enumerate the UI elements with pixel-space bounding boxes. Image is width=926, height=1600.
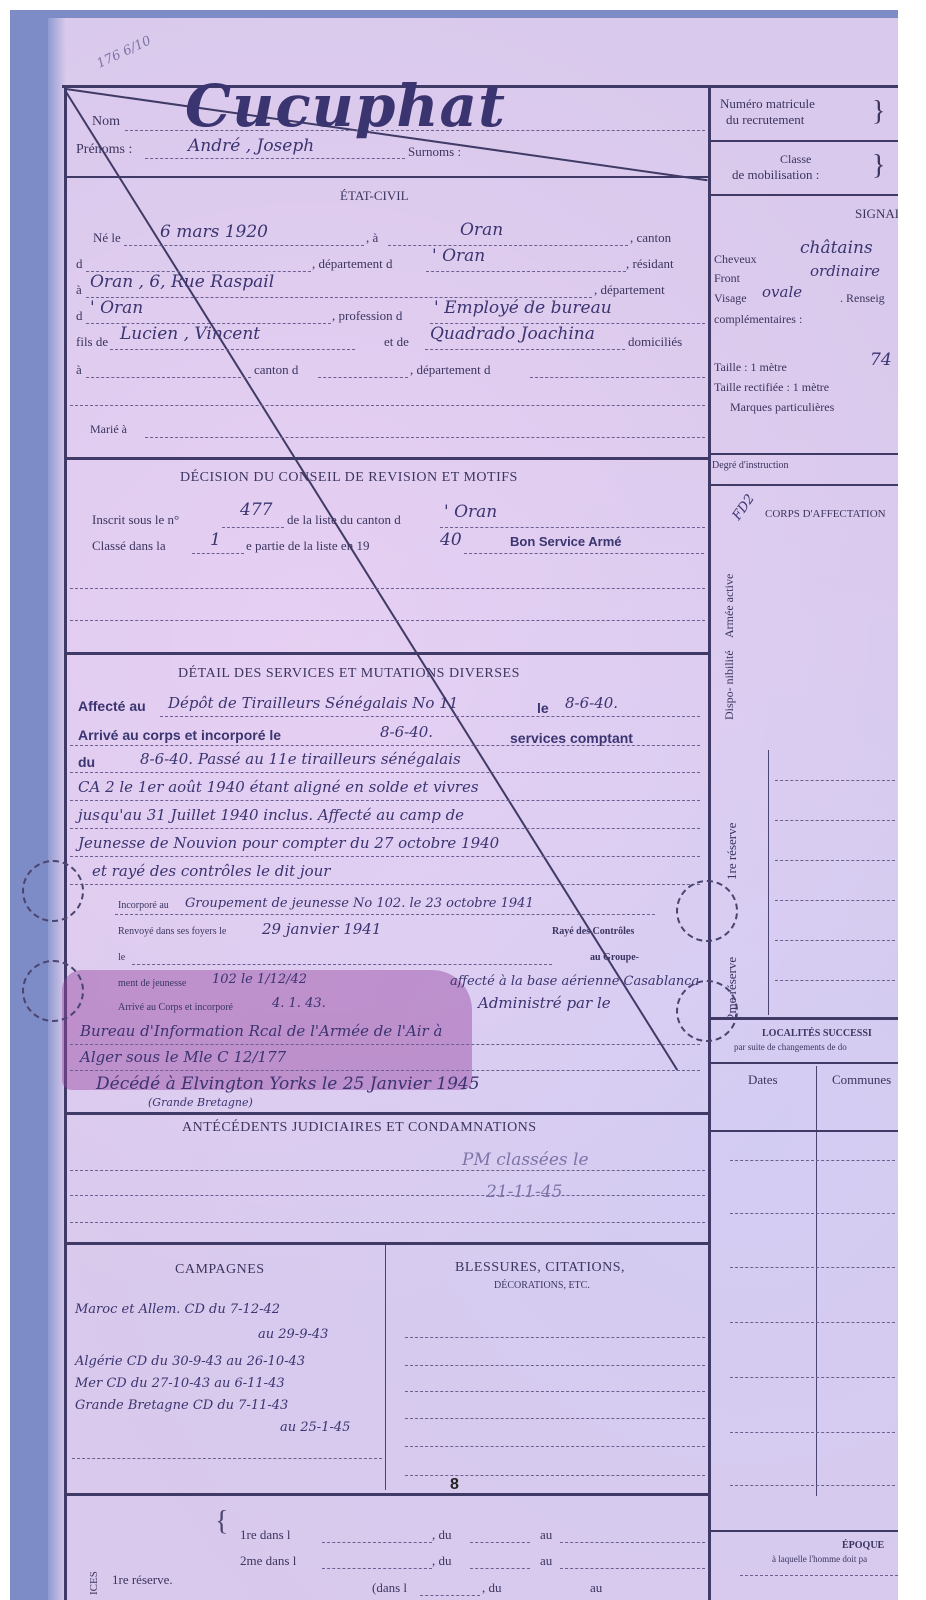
nom-value: Cucuphat [185,72,506,140]
corps-title: CORPS D'AFFECTATION [765,508,886,520]
arrive-value: 4. 1. 43. [272,996,326,1011]
le-label: le [118,952,125,963]
service-rule-6 [70,856,700,857]
blank-line [70,405,705,406]
campagnes-title: CAMPAGNES [175,1262,265,1278]
deces-sub: (Grande Bretagne) [148,1096,253,1109]
alger-rule [70,1070,700,1071]
classe-mob-label-2: de mobilisation : [732,167,819,183]
line2-rule [322,1568,432,1569]
epoque-title: ÉPOQUE [842,1540,884,1551]
reserve-rule-5 [775,940,895,941]
inscrit-label: Inscrit sous le n° [92,512,179,528]
a2-line [86,377,251,378]
service-line-2-stamp2: services comptant [510,730,633,746]
partie-label: e partie de la liste en 19 [246,538,369,554]
blessures-rule-2 [405,1365,705,1366]
visage-value: ovale [762,283,802,301]
line2-au-rule [560,1568,705,1569]
a2-label: à [76,362,82,378]
ne-le-label: Né le [93,230,121,246]
campagnes-rule [72,1458,382,1459]
line1-label: 1re dans l [240,1527,291,1543]
deces-value: Décédé à Elvington Yorks le 25 Janvier 1… [96,1074,480,1094]
prenoms-value: André , Joseph [188,136,314,156]
services-side-label: ICES [88,1571,100,1595]
year-value: 40 [440,530,462,550]
line3-label: (dans l [372,1580,407,1596]
bottom-divider [66,1493,708,1496]
blessures-rule-5 [405,1446,705,1447]
service-line-2-stamp: Arrivé au corps et incorporé le [78,727,281,743]
localites-rule-5 [730,1377,895,1378]
marie-line [145,437,705,438]
line2-du-rule [470,1568,530,1569]
arrive-label: Arrivé au Corps et incorporé [118,1002,233,1013]
incorpore-value: Groupement de jeunesse No 102. le 23 oct… [185,896,534,911]
campagne-line-5: Grande Bretagne CD du 7-11-43 [75,1398,288,1413]
ment-label: ment de jeunesse [118,978,186,989]
departement3-label: , département d [410,362,491,378]
father-line [110,349,355,350]
canton2-label: canton d [254,362,298,378]
cheveux-label: Cheveux [714,252,757,267]
canton-label: , canton [630,230,671,246]
reserve-brace: { [215,1506,228,1538]
taille-label: Taille : 1 mètre [714,360,787,375]
departement3-line [530,377,705,378]
reserve-divider [710,1017,898,1020]
line3-au: au [590,1580,602,1596]
matricule-label-1: Numéro matricule [720,96,815,112]
residence-value: Oran , 6, Rue Raspail [90,272,274,292]
antecedents-note-1: PM classées le [462,1150,589,1170]
birthplace-value: Oran [460,220,503,240]
antecedents-rule-2 [70,1195,705,1196]
localites-title: LOCALITÉS SUCCESSI [762,1028,872,1039]
matricule-brace: } [872,96,885,128]
services-divider [66,1112,708,1115]
service-line-6-hand: Jeunesse de Nouvion pour compter du 27 o… [78,834,499,852]
father-value: Lucien , Vincent [120,324,260,344]
complementaires-label: complémentaires : [714,312,802,327]
epoque-rule [740,1575,898,1576]
ne-le-value: 6 mars 1920 [160,222,268,242]
service-rule-3 [70,772,700,773]
mother-value: Quadrado Joachina [430,324,595,344]
prenoms-underline [145,158,405,159]
inscrit-value: 477 [240,500,272,520]
classe-line-2 [464,553,704,554]
antecedents-rule-1 [70,1170,705,1171]
campagne-line-4: Mer CD du 27-10-43 au 6-11-43 [75,1376,285,1391]
departement2-value: ' Oran [90,298,143,318]
a-label: , à [366,230,378,246]
signalement-divider [710,453,898,455]
line3-rule [420,1595,480,1596]
d2-label: d [76,308,83,324]
service-rule-1 [160,716,700,717]
alger-value: Alger sous le Mle C 12/177 [80,1048,286,1066]
antecedents-title: ANTÉCÉDENTS JUDICIAIRES ET CONDAMNATIONS [182,1120,537,1136]
departement-value: ' Oran [432,246,485,266]
line3-du: , du [482,1580,502,1596]
front-value: ordinaire [810,262,880,280]
residence-prefix: à [76,282,82,298]
line1-du-rule [470,1542,530,1543]
le-rule [132,964,552,965]
mother-line [425,349,625,350]
classe-value: 1 [210,530,221,550]
localites-rule-3 [730,1267,895,1268]
reserve-rule-2 [775,820,895,821]
round-stamp-right-1 [676,880,738,942]
round-stamp-left-2 [22,960,84,1022]
d-label: d [76,256,83,272]
antecedents-divider [66,1242,708,1245]
campagne-line-3: Algérie CD du 30-9-43 au 26-10-43 [75,1354,305,1369]
reserve-bracket [768,750,769,1015]
classe-line [192,553,244,554]
line1-du: , du [432,1527,452,1543]
service-rule-5 [70,828,700,829]
localites-rule-7 [730,1485,895,1486]
name-section-divider [66,176,708,178]
blessures-rule-3 [405,1391,705,1392]
signalement-title: SIGNAL [855,206,903,222]
antecedents-note-2: 21-11-45 [486,1182,562,1202]
degre-label: Degré d'instruction [712,460,789,471]
a-line [388,245,628,246]
disponibilite-label: Dispo- nibilité [722,650,737,720]
service-rule-2 [70,745,700,746]
campagnes-blessures-divider [385,1245,386,1490]
raye-label: Rayé des Contrôles [552,926,634,937]
decision-blank-1 [70,588,705,589]
campagne-line-1: Maroc et Allem. CD du 7-12-42 [75,1302,280,1317]
services-title: DÉTAIL DES SERVICES ET MUTATIONS DIVERSE… [178,666,520,682]
service-line-1-hand2: 8-6-40. [565,694,618,712]
departement-label: , département d [312,256,393,272]
antecedents-rule-3 [70,1222,705,1223]
ment-value: 102 le 1/12/42 [212,972,307,987]
service-line-1-stamp: Affecté au [78,698,146,714]
service-line-3-stamp: du [78,754,95,770]
reserve2-label: 2me réserve [724,957,740,1020]
service-line-1-hand: Dépôt de Tirailleurs Sénégalais No 11 [168,694,458,712]
liste-value: ' Oran [444,502,497,522]
et-de-label: et de [384,334,409,350]
line1-au: au [540,1527,552,1543]
matricule-divider [710,140,898,142]
localites-rule-1 [730,1160,895,1161]
matricule-label-2: du recrutement [726,112,804,128]
localites-rule-2 [730,1213,895,1214]
military-record-page: 176 6/10 Nom Cucuphat Prénoms : André , … [0,0,926,1600]
renvoye-label: Renvoyé dans ses foyers le [118,926,226,937]
campagne-line-2: au 29-9-43 [258,1327,328,1342]
classe-label: Classé dans la [92,538,166,554]
domicilies-label: domiciliés [628,334,682,350]
service-rule-7 [70,884,700,885]
service-rule-4 [70,800,700,801]
residant-label: , résidant [626,256,674,272]
classe-mob-brace: } [872,150,885,182]
localites-divider [710,1062,898,1064]
bon-service-arme-stamp: Bon Service Armé [510,534,622,549]
campagne-line-6: au 25-1-45 [280,1420,350,1435]
incorpore-rule [115,914,655,915]
blessures-title: BLESSURES, CITATIONS, [455,1260,625,1276]
blessures-subtitle: DÉCORATIONS, ETC. [494,1280,590,1291]
au-groupe-label: au Groupe- [590,952,639,963]
line1-rule [322,1542,432,1543]
dates-header: Dates [748,1072,778,1088]
service-line-7-hand: et rayé des contrôles le dit jour [92,862,330,880]
reserve-rule-3 [775,860,895,861]
affecte-value: affecté à la base aérienne Casablanca [450,974,699,989]
localites-bottom-divider [710,1530,898,1532]
classe-mob-divider [710,194,898,196]
left-border [64,85,67,1600]
front-label: Front [714,271,740,286]
canton2-line [318,377,408,378]
departement-line [426,271,626,272]
bureau-rule [70,1044,700,1045]
reserve-label: 1re réserve. [112,1572,173,1588]
liste-line [440,527,705,528]
etat-civil-title: ÉTAT-CIVIL [340,188,409,204]
nom-label: Nom [92,114,120,130]
etat-civil-divider [66,457,708,460]
decision-title: DÉCISION DU CONSEIL DE REVISION ET MOTIF… [180,470,518,486]
decision-blank-2 [70,620,705,621]
blessures-rule-4 [405,1418,705,1419]
epoque-sub: à laquelle l'homme doit pa [772,1554,867,1564]
incorpore-label: Incorporé au [118,900,169,911]
line1-au-rule [560,1542,705,1543]
reserve-rule-4 [775,900,895,901]
service-line-3-hand: 8-6-40. Passé au 11e tirailleurs sénégal… [140,750,461,768]
administre-value: Administré par le [478,994,611,1012]
line2-du: , du [432,1553,452,1569]
degre-divider [710,484,898,486]
classe-mob-label-1: Classe [780,152,811,167]
decision-divider [66,652,708,655]
round-stamp-left-1 [22,860,84,922]
scan-right-margin [898,0,926,1600]
profession-label: , profession d [332,308,402,324]
ne-le-line [124,245,364,246]
departement2-label: , département [594,282,665,298]
taille-rectifiee-label: Taille rectifiée : 1 mètre [714,380,829,395]
marques-label: Marques particulières [730,400,834,415]
surnoms-label: Surnoms : [408,144,461,160]
renvoye-value: 29 janvier 1941 [262,920,381,938]
armee-active-label: Armée active [722,574,737,638]
taille-value: 74 [870,350,892,370]
column-divider [708,85,711,1600]
fils-de-label: fils de [76,334,108,350]
reserve1-label: 1re réserve [724,823,740,880]
localites-rule-4 [730,1322,895,1323]
localites-sub: par suite de changements de do [734,1042,847,1052]
blessures-rule-1 [405,1337,705,1338]
service-line-4-hand: CA 2 le 1er août 1940 étant aligné en so… [78,778,479,796]
profession-value: ' Employé de bureau [434,298,612,318]
liste-label: de la liste du canton d [287,512,401,528]
line2-au: au [540,1553,552,1569]
inscrit-line [222,527,284,528]
bureau-value: Bureau d'Information Rcal de l'Armée de … [80,1022,442,1040]
cheveux-value: châtains [800,238,873,258]
line2-label: 2me dans l [240,1553,296,1569]
marie-label: Marié à [90,422,127,437]
communes-header: Communes [832,1072,891,1088]
visage-label: Visage [714,291,747,306]
reserve-rule-6 [775,980,895,981]
service-line-5-hand: jusqu'au 31 Juillet 1940 inclus. Affecté… [78,806,464,824]
prenoms-label: Prénoms : [76,142,132,158]
renseig-label: . Renseig [840,291,885,306]
localites-rule-6 [730,1432,895,1433]
reserve-rule-1 [775,780,895,781]
service-line-2-hand: 8-6-40. [380,723,433,741]
page-number: 8 [450,1476,459,1494]
dates-header-divider [710,1130,898,1132]
service-line-1-stamp2: le [537,700,549,716]
